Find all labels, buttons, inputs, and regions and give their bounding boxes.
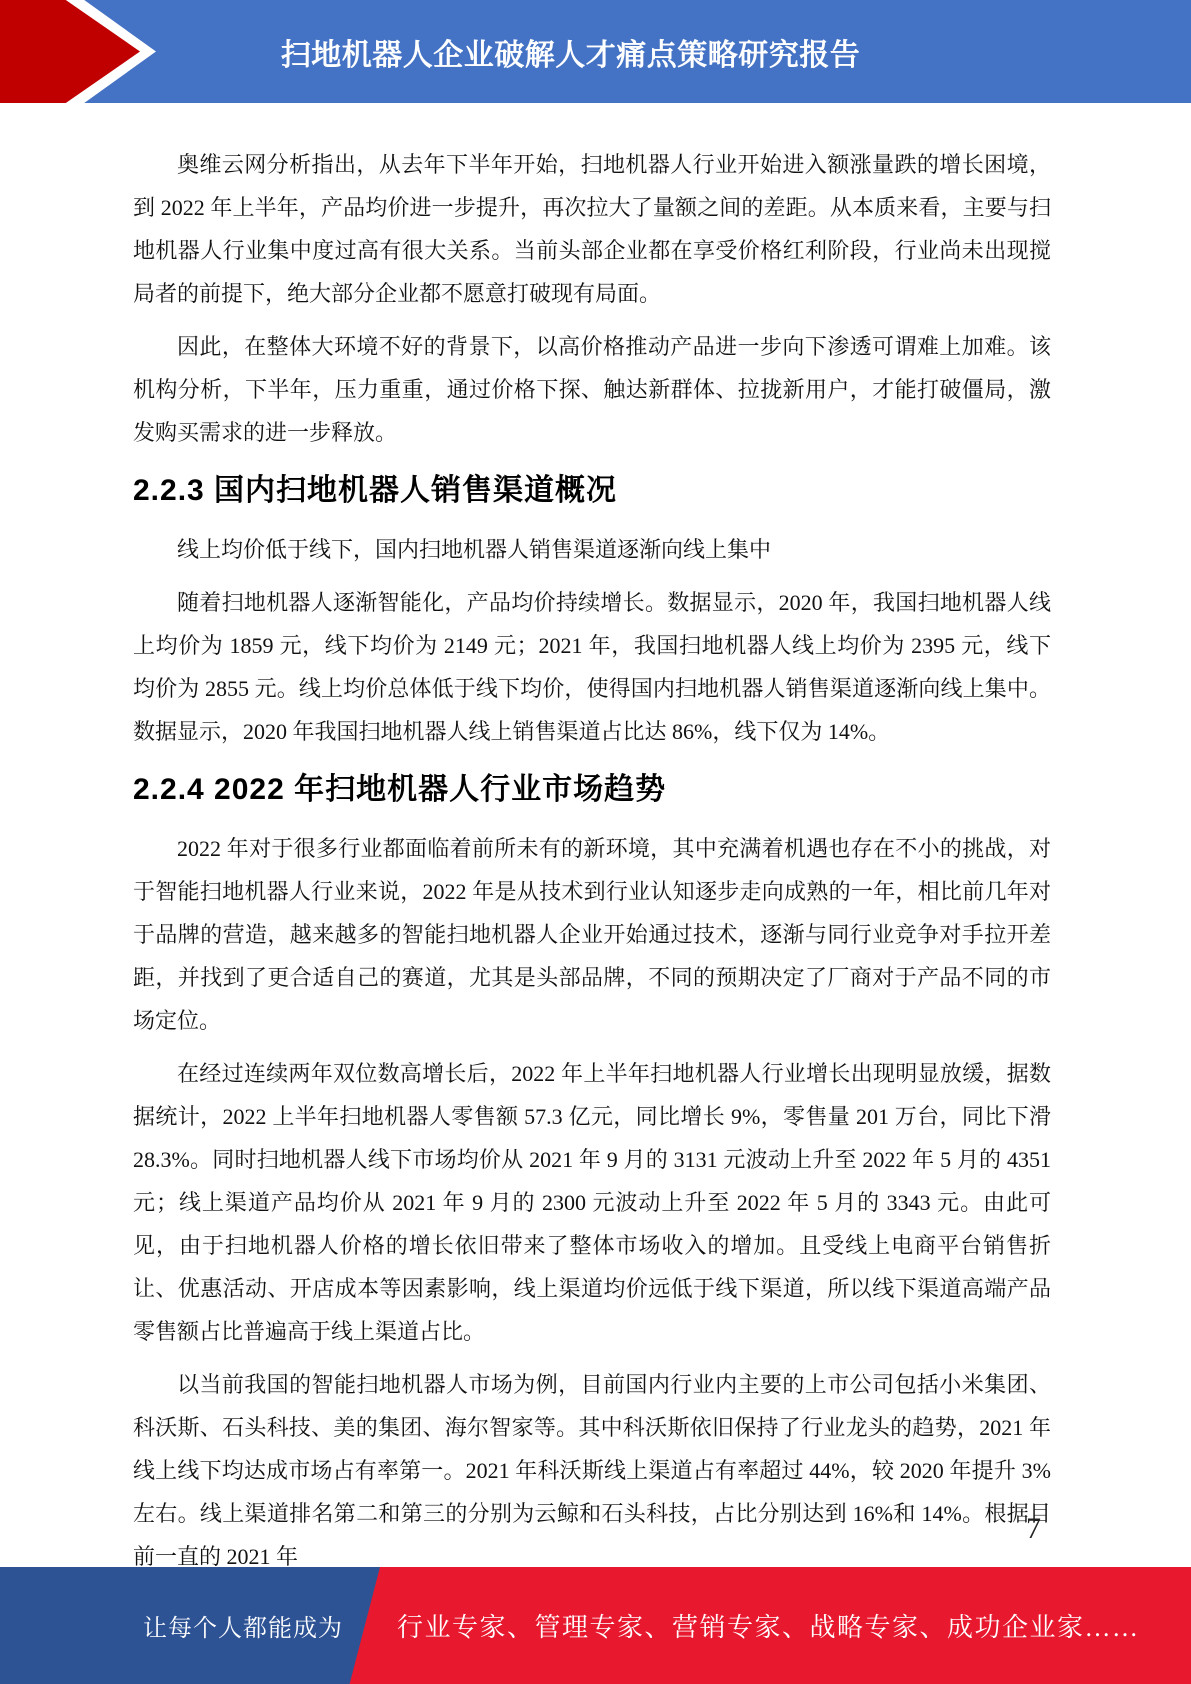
section-224-paragraph-1: 2022 年对于很多行业都面临着前所未有的新环境，其中充满着机遇也存在不小的挑战… [133, 827, 1051, 1042]
page-number: 7 [1026, 1512, 1041, 1546]
section-heading-223: 2.2.3 国内扫地机器人销售渠道概况 [133, 468, 1051, 514]
page-header-band: 扫地机器人企业破解人才痛点策略研究报告 [0, 0, 1191, 103]
page-footer-band: 让每个人都能成为 行业专家、管理专家、营销专家、战略专家、成功企业家…… [0, 1567, 1191, 1684]
section-223-paragraph: 随着扫地机器人逐渐智能化，产品均价持续增长。数据显示，2020 年，我国扫地机器… [133, 581, 1051, 753]
section-224-paragraph-3: 以当前我国的智能扫地机器人市场为例，目前国内行业内主要的上市公司包括小米集团、科… [133, 1363, 1051, 1578]
footer-slogan-left: 让每个人都能成为 [143, 1567, 343, 1684]
paragraph-intro-1: 奥维云网分析指出，从去年下半年开始，扫地机器人行业开始进入额涨量跌的增长困境，到… [133, 143, 1051, 315]
report-page: 扫地机器人企业破解人才痛点策略研究报告 奥维云网分析指出，从去年下半年开始，扫地… [0, 0, 1191, 1684]
paragraph-intro-2: 因此，在整体大环境不好的背景下，以高价格推动产品进一步向下渗透可谓难上加难。该机… [133, 325, 1051, 454]
section-224-paragraph-2: 在经过连续两年双位数高增长后，2022 年上半年扫地机器人行业增长出现明显放缓，… [133, 1052, 1051, 1353]
red-arrow-icon [0, 0, 140, 103]
footer-slogan-right: 行业专家、管理专家、营销专家、战略专家、成功企业家…… [397, 1567, 1140, 1684]
section-heading-224: 2.2.4 2022 年扫地机器人行业市场趋势 [133, 767, 1051, 813]
report-title: 扫地机器人企业破解人才痛点策略研究报告 [160, 0, 1031, 103]
section-223-lead: 线上均价低于线下，国内扫地机器人销售渠道逐渐向线上集中 [133, 528, 1051, 571]
document-body: 奥维云网分析指出，从去年下半年开始，扫地机器人行业开始进入额涨量跌的增长困境，到… [133, 103, 1051, 1588]
